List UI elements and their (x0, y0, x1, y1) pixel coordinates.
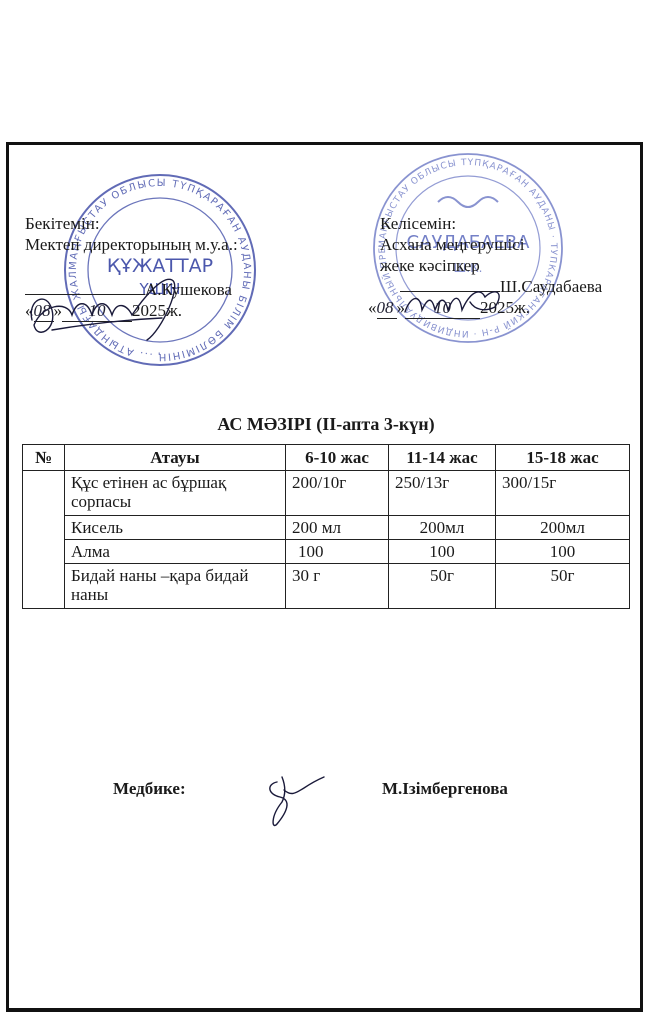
dish-name: Алма (65, 540, 286, 564)
approval-date-year: 2025ж. (132, 301, 182, 320)
portion-6-10: 200 мл (286, 516, 389, 540)
agreement-date-year: 2025ж. (480, 298, 530, 317)
agreement-position-1: Асхана меңгерушісі (380, 234, 602, 255)
approval-name: А.Кушекова (145, 280, 232, 299)
portion-11-14: 50г (389, 564, 496, 609)
agreement-heading: Келісемін: (380, 213, 602, 234)
header-age-15-18: 15-18 жас (496, 445, 630, 471)
header-name: Атауы (65, 445, 286, 471)
approval-heading: Бекітемін: (25, 213, 238, 234)
portion-15-18: 300/15г (496, 471, 630, 516)
agreement-date: «08»102025ж. (368, 297, 602, 319)
header-age-11-14: 11-14 жас (389, 445, 496, 471)
approval-position: Мектеп директорының м.у.а.: (25, 234, 238, 255)
approval-signature-line: А.Кушекова (25, 279, 238, 300)
agreement-position-2: жеке кәсіпкер (380, 255, 602, 276)
portion-15-18: 200мл (496, 516, 630, 540)
approval-date-day: 08 (34, 300, 54, 322)
menu-title: АС МӘЗІРІ (ІІ-апта 3-күн) (0, 414, 652, 435)
portion-11-14: 200мл (389, 516, 496, 540)
portion-11-14: 100 (389, 540, 496, 564)
portion-6-10: 100 (286, 540, 389, 564)
approval-date-month: 10 (62, 300, 132, 322)
header-age-6-10: 6-10 жас (286, 445, 389, 471)
header-number: № (23, 445, 65, 471)
agreement-block: Келісемін: Асхана меңгерушісі жеке кәсіп… (380, 213, 602, 319)
table-row: Бидай наны –қара бидай наны 30 г 50г 50г (23, 564, 630, 609)
portion-11-14: 250/13г (389, 471, 496, 516)
dish-name: Кисель (65, 516, 286, 540)
agreement-date-month: 10 (405, 297, 480, 319)
approval-block: Бекітемін: Мектеп директорының м.у.а.: А… (25, 213, 238, 322)
approval-date: «08»102025ж. (25, 300, 238, 322)
portion-6-10: 200/10г (286, 471, 389, 516)
agreement-date-day: 08 (377, 297, 397, 319)
row-number (23, 471, 65, 609)
table-row: Алма 100 100 100 (23, 540, 630, 564)
agreement-name: Ш.Саудабаева (500, 277, 602, 296)
portion-15-18: 100 (496, 540, 630, 564)
nurse-label: Медбике: (113, 779, 186, 799)
table-row: Кисель 200 мл 200мл 200мл (23, 516, 630, 540)
agreement-signature-line: Ш.Саудабаева (400, 276, 602, 297)
portion-15-18: 50г (496, 564, 630, 609)
portion-6-10: 30 г (286, 564, 389, 609)
table-row: Құс етінен ас бұршақ сорпасы 200/10г 250… (23, 471, 630, 516)
menu-table: № Атауы 6-10 жас 11-14 жас 15-18 жас Құс… (22, 444, 630, 609)
nurse-name: М.Ізімбергенова (382, 779, 508, 799)
dish-name: Бидай наны –қара бидай наны (65, 564, 286, 609)
dish-name: Құс етінен ас бұршақ сорпасы (65, 471, 286, 516)
table-header-row: № Атауы 6-10 жас 11-14 жас 15-18 жас (23, 445, 630, 471)
